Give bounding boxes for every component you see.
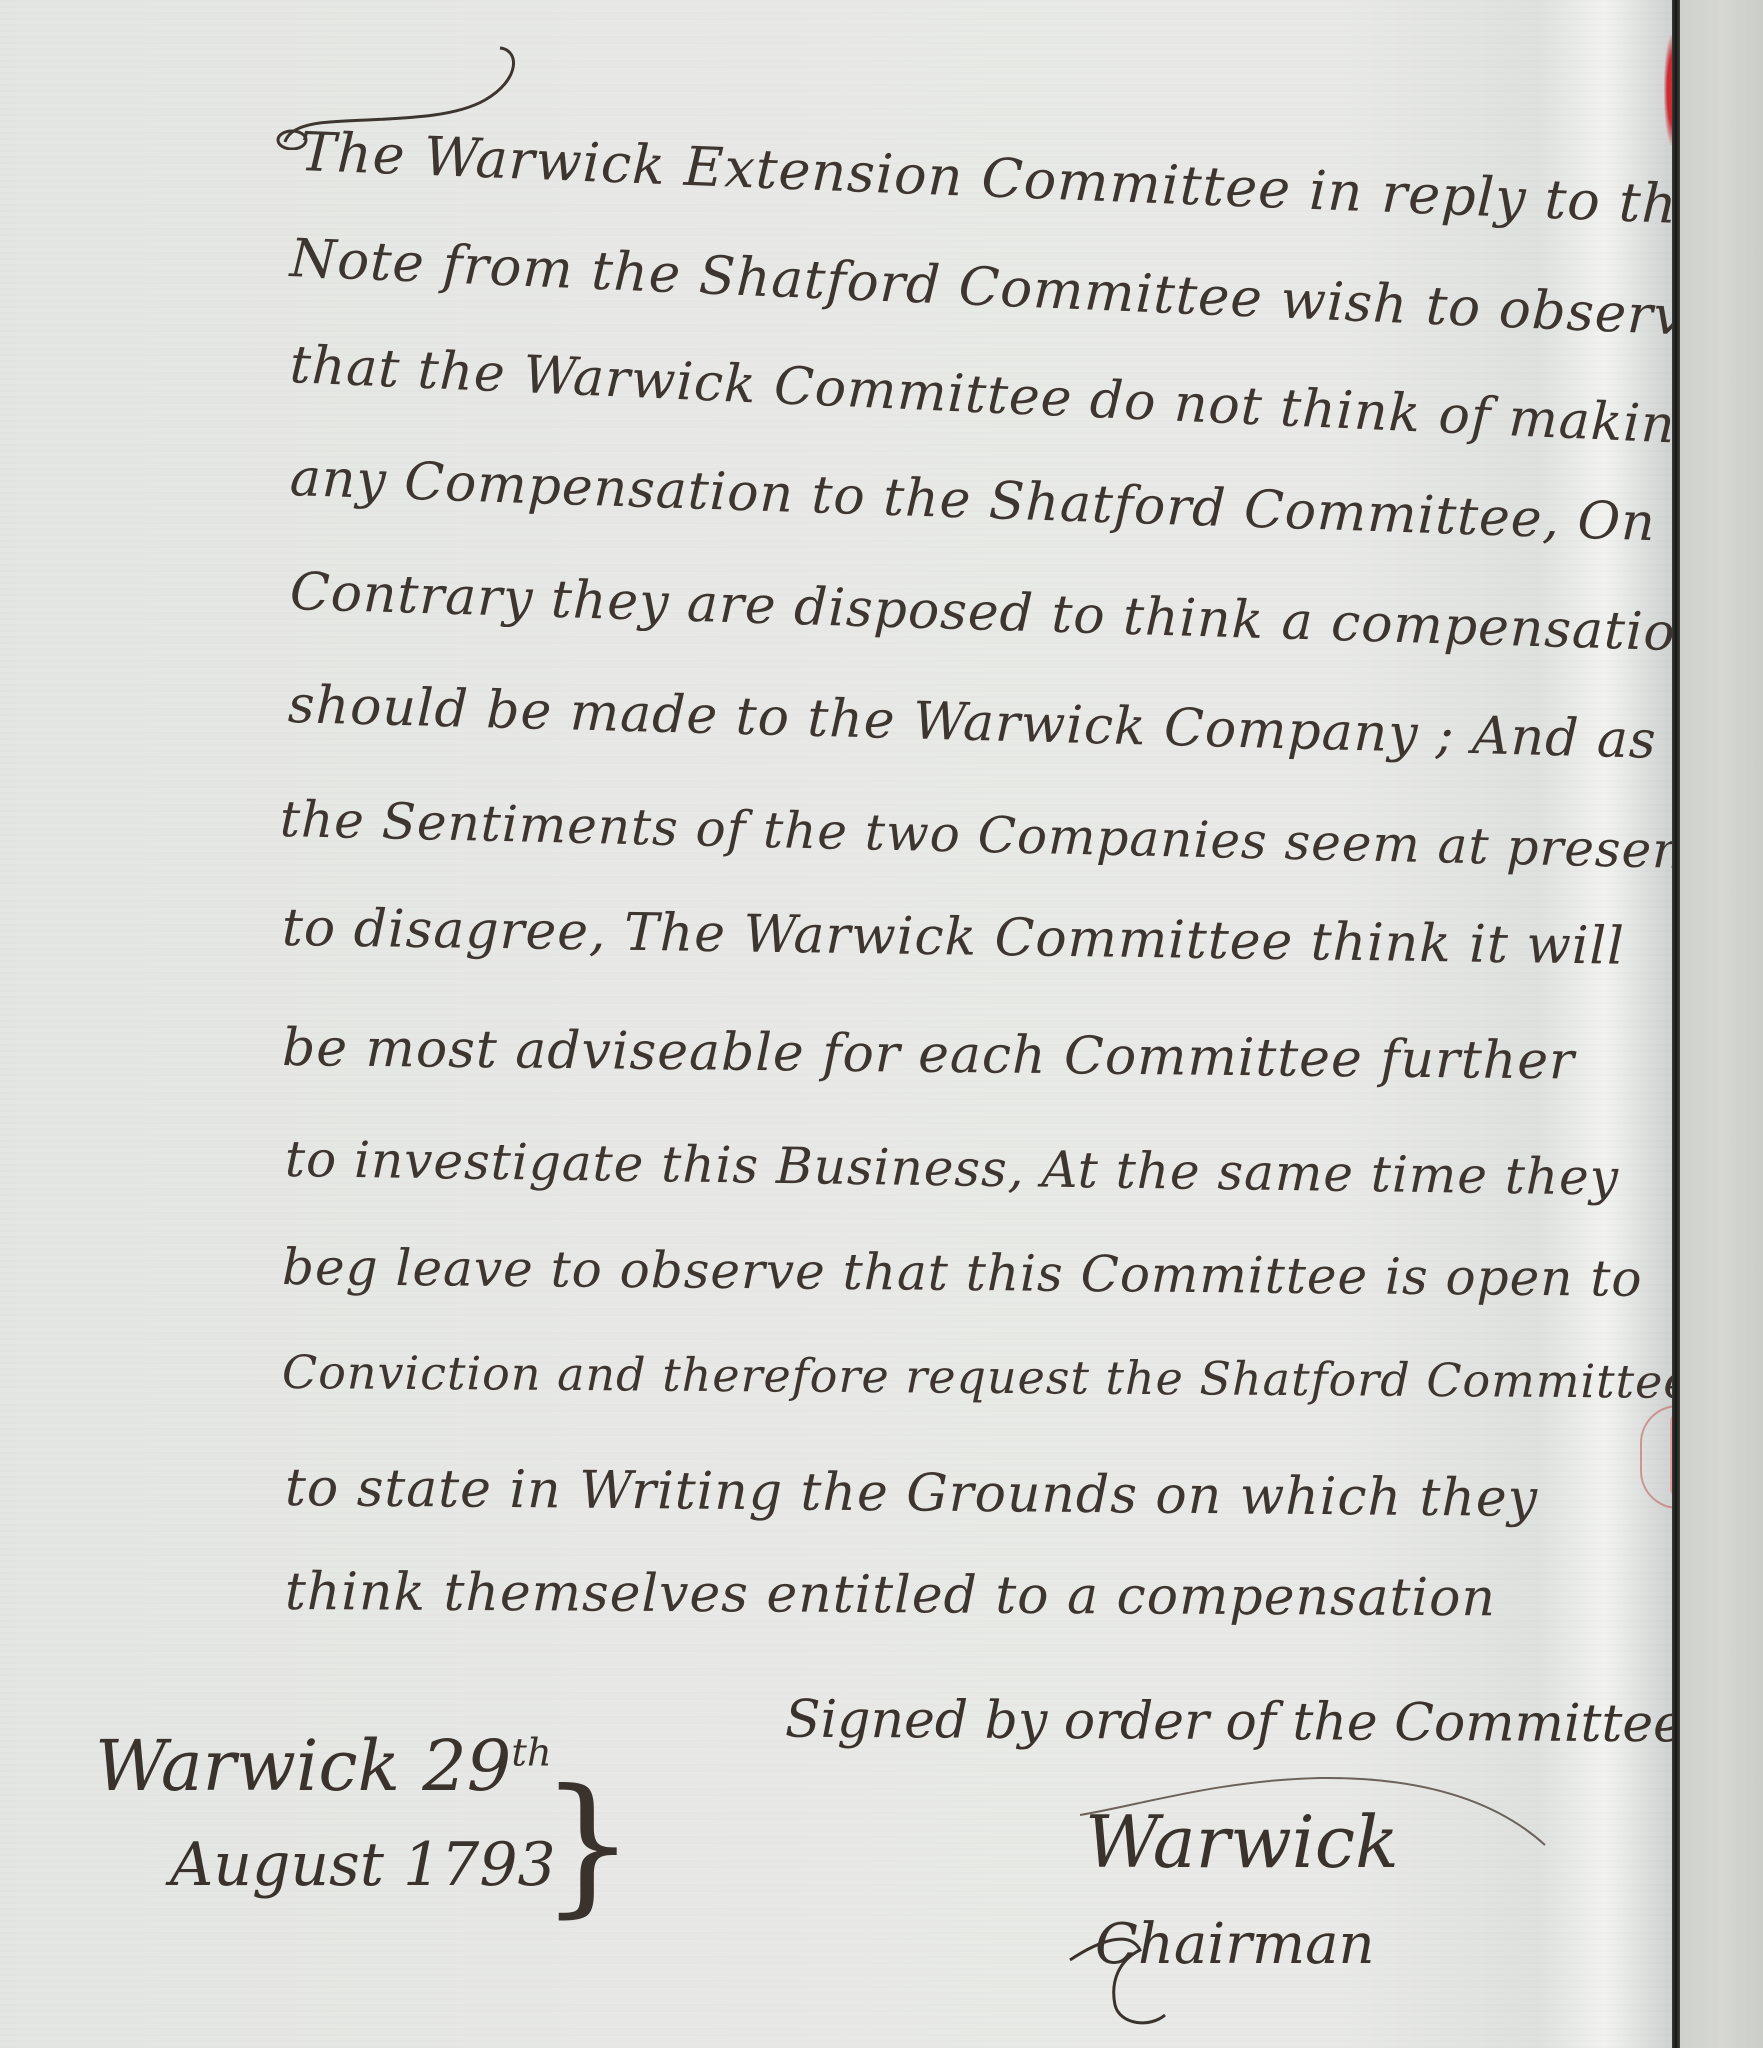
body-line-14: think themselves entitled to a compensat… bbox=[285, 1562, 1496, 1628]
book-gutter bbox=[1672, 0, 1680, 2048]
body-line-6: should be made to the Warwick Company ; … bbox=[287, 675, 1657, 771]
body-line-8: to disagree, The Warwick Committee think… bbox=[282, 898, 1626, 977]
facing-page-edge bbox=[1680, 0, 1763, 2048]
manuscript-page: The Warwick Extension Committee in reply… bbox=[0, 0, 1672, 2048]
signature-name: Warwick bbox=[1085, 1800, 1399, 1884]
body-line-2: Note from the Shatford Committee wish to… bbox=[289, 228, 1718, 349]
body-line-11: beg leave to observe that this Committee… bbox=[282, 1238, 1643, 1308]
body-line-1: The Warwick Extension Committee in reply… bbox=[299, 120, 1712, 237]
body-line-7: the Sentiments of the two Companies seem… bbox=[279, 790, 1707, 880]
place-date-place: Warwick 29th bbox=[95, 1725, 552, 1807]
body-line-13: to state in Writing the Grounds on which… bbox=[285, 1458, 1539, 1529]
signed-by-order-line: Signed by order of the Committee bbox=[785, 1690, 1684, 1755]
body-line-3: that the Warwick Committee do not think … bbox=[289, 335, 1711, 457]
body-line-10: to investigate this Business, At the sam… bbox=[285, 1130, 1620, 1207]
body-line-4: any Compensation to the Shatford Committ… bbox=[289, 448, 1762, 557]
body-line-5: Contrary they are disposed to think a co… bbox=[289, 562, 1711, 664]
body-line-12: Conviction and therefore request the Sha… bbox=[282, 1345, 1692, 1409]
body-line-9: be most adviseable for each Committee fu… bbox=[282, 1018, 1576, 1092]
date-day: 29 bbox=[422, 1725, 511, 1807]
signature-title: Chairman bbox=[1095, 1912, 1375, 1977]
place-name: Warwick bbox=[95, 1725, 400, 1807]
date-brace-icon: } bbox=[540, 1770, 635, 1920]
place-date-month-year: August 1793 bbox=[170, 1830, 556, 1900]
